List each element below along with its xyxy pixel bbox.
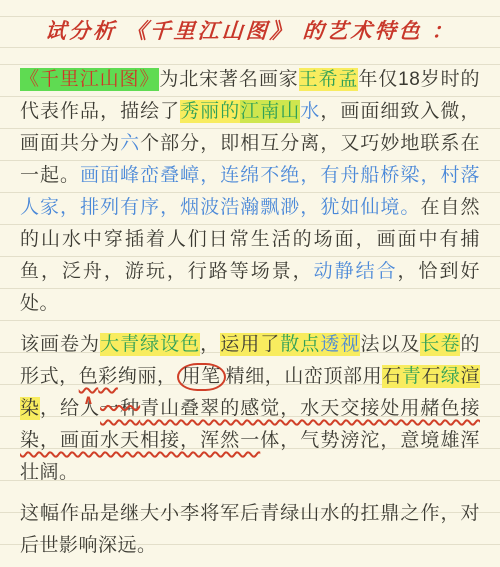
- text-segment: 法以及: [360, 334, 420, 355]
- text-segment: 江南山: [240, 100, 300, 123]
- text-segment: 运用了: [220, 333, 280, 356]
- paragraph-3: 这幅作品是继大小李将军后青绿山水的扛鼎之作，对后世影响深远。: [20, 498, 480, 562]
- text-segment: 动静结合: [314, 261, 398, 282]
- text-segment: 散点: [280, 333, 320, 356]
- text-segment: 画面峰峦叠嶂，连绵不绝，有舟船桥梁，村落人家，排列有序，烟波浩瀚飘渺，犹如仙境。: [20, 165, 480, 218]
- text-segment: ，: [200, 334, 220, 355]
- text-segment: 彩: [98, 366, 118, 387]
- page-title: 试分析 《千里江山图》 的艺术特色 ：: [44, 17, 457, 47]
- text-segment: 六: [120, 133, 140, 154]
- text-segment: 用笔: [177, 363, 226, 391]
- text-segment: 《千里江山图》: [20, 68, 159, 91]
- text-segment: 该画卷为: [20, 334, 100, 355]
- paragraph-2: 该画卷为大青绿设色，运用了散点透视法以及长卷的形式，色∧彩绚丽，用笔精细，山峦顶…: [20, 329, 480, 489]
- text-segment: 长卷: [420, 333, 460, 356]
- text-segment: 绿: [441, 365, 461, 388]
- text-segment: 大青绿设色: [100, 333, 200, 356]
- text-segment: 一种: [100, 398, 140, 419]
- title-row: 试分析 《千里江山图》 的艺术特色 ：: [0, 16, 500, 48]
- text-segment: 透视: [320, 333, 360, 356]
- paragraph-1: 《千里江山图》为北宋著名画家王希孟年仅18岁时的代表作品，描绘了秀丽的江南山水，…: [20, 64, 480, 320]
- text-segment: 石: [421, 365, 441, 388]
- text-segment: 秀丽的: [180, 100, 240, 123]
- notes-body: 《千里江山图》为北宋著名画家王希孟年仅18岁时的代表作品，描绘了秀丽的江南山水，…: [0, 48, 500, 567]
- text-segment: 水: [300, 101, 320, 122]
- text-segment: 青: [402, 365, 422, 388]
- text-segment: 为北宋著名画家: [159, 69, 298, 90]
- text-segment: 王希孟: [299, 68, 359, 91]
- text-segment: 精细，山峦顶部用: [226, 366, 383, 387]
- text-segment: 石: [382, 365, 402, 388]
- text-segment: 这幅作品是继大小李将军后青绿山水的扛鼎之作，对后世影响深远。: [20, 503, 480, 556]
- text-segment: 绚丽，: [118, 366, 177, 387]
- text-segment: 色∧: [79, 361, 99, 393]
- notebook-page: 试分析 《千里江山图》 的艺术特色 ： 《千里江山图》为北宋著名画家王希孟年仅1…: [0, 0, 500, 567]
- caret-annotation: ∧: [83, 393, 94, 406]
